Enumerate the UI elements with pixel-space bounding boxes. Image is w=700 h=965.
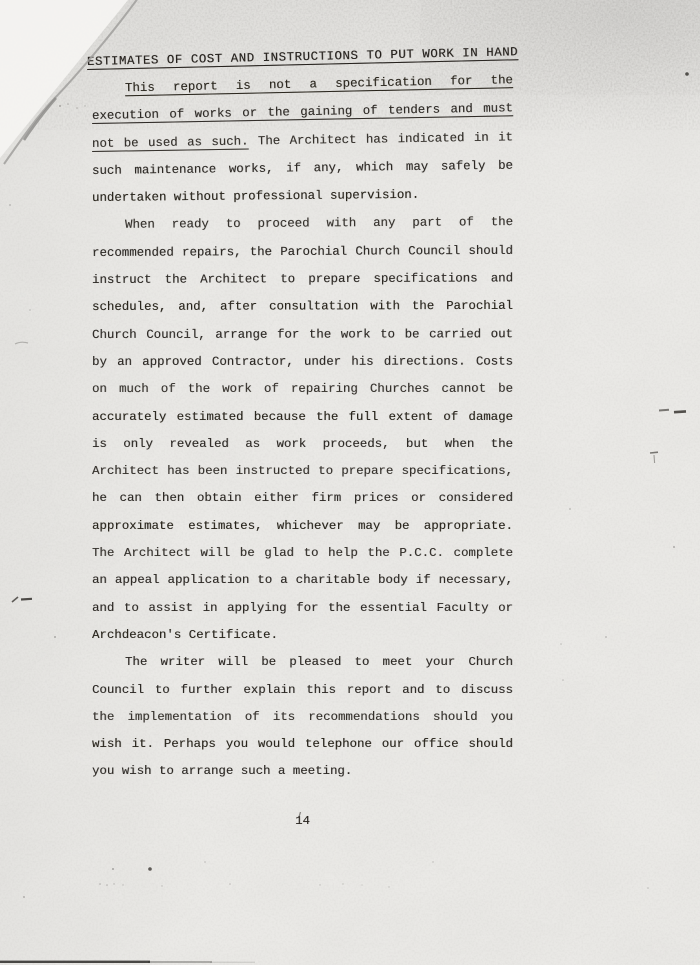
ink-speck [647,887,649,889]
text-line: such maintenance works, if any, which ma… [92,153,513,186]
text-line: an appeal application to a charitable bo… [92,567,513,594]
text-line: Architect has been instructed to prepare… [92,458,513,485]
text-line: schedules, and, after consultation with … [92,293,513,321]
document-page: ESTIMATES OF COST AND INSTRUCTIONS TO PU… [0,0,700,965]
ink-speck [319,884,320,885]
underlined-text-segment: not be used as such. [92,134,249,150]
text-segment: is only revealed as work proceeds, but w… [92,437,513,451]
text-segment: accurately estimated because the full ex… [92,410,513,424]
ink-speck [148,867,152,871]
text-segment: an appeal application to a charitable bo… [92,573,513,587]
text-segment: and to assist in applying for the essent… [92,601,513,615]
ink-speck [432,861,433,862]
ink-speck [67,103,69,105]
text-line: accurately estimated because the full ex… [92,404,513,431]
text-segment: approximate estimates, whichever may be … [92,519,513,533]
faint-pencil-mark [15,342,28,344]
crease-mark-dark [24,98,56,140]
margin-dash-mark [674,411,686,412]
document-body: This report is not a specification for t… [92,76,513,786]
bottom-edge-shadow [210,962,255,963]
bottom-edge-shadow [0,961,150,963]
ink-speck [229,883,231,885]
ink-speck [342,883,343,884]
text-segment: he can then obtain either firm prices or… [92,491,513,505]
ink-speck [122,884,123,885]
text-line: you wish to arrange such a meeting. [92,758,513,785]
ink-speck [161,885,162,886]
text-line: The writer will be pleased to meet your … [92,649,513,676]
margin-dash-mark [21,599,32,600]
underlined-text-segment: This report is not a specification for t… [125,73,513,95]
text-line: the implementation of its recommendation… [92,704,513,731]
text-segment: When ready to proceed with any part of t… [125,216,513,233]
ink-speck [59,105,61,107]
text-line: by an approved Contractor, under his dir… [92,349,513,377]
ink-speck [673,546,675,548]
ink-speck [112,868,114,870]
text-segment: wish it. Perhaps you would telephone our… [92,737,513,751]
text-line: instruct the Architect to prepare specif… [92,265,513,294]
bottom-edge-shadow [148,961,212,963]
text-segment: the implementation of its recommendation… [92,710,513,724]
text-line: When ready to proceed with any part of t… [92,210,513,240]
text-segment: The writer will be pleased to meet your … [125,655,513,669]
text-segment: schedules, and, after consultation with … [92,299,513,314]
ink-speck [29,309,31,311]
ink-speck [560,643,562,645]
text-segment: Architect has been instructed to prepare… [92,464,513,478]
text-line: approximate estimates, whichever may be … [92,513,513,540]
ink-speck [361,884,362,885]
ink-speck [204,861,206,863]
text-segment: The Architect will be glad to help the P… [92,546,513,560]
text-line: on much of the work of repairing Churche… [92,376,513,404]
ink-speck [106,884,108,886]
text-segment: Church Council, arrange for the work to … [92,327,513,342]
text-segment: you wish to arrange such a meeting. [92,764,352,778]
text-line: wish it. Perhaps you would telephone our… [92,731,513,758]
text-segment: such maintenance works, if any, which ma… [92,159,513,178]
ink-speck [569,508,571,510]
margin-check-mark [12,597,18,602]
text-segment: Council to further explain this report a… [92,683,513,697]
text-segment: undertaken without professional supervis… [92,188,419,205]
ink-speck [9,204,11,206]
ink-speck [99,883,101,885]
text-line: is only revealed as work proceeds, but w… [92,431,513,458]
text-segment: on much of the work of repairing Churche… [92,382,513,396]
margin-tick-mark [650,452,658,453]
text-segment: Archdeacon's Certificate. [92,628,278,642]
margin-tick-mark [654,455,655,463]
text-line: Archdeacon's Certificate. [92,622,513,649]
bottom-edge [0,961,255,963]
text-segment: recommended repairs, the Parochial Churc… [92,244,513,260]
ink-speck [54,636,56,638]
ink-speck [685,72,689,76]
margin-dash-mark [659,410,669,411]
text-line: recommended repairs, the Parochial Churc… [92,238,513,268]
page-number: 14 [92,808,513,835]
text-line: undertaken without professional supervis… [92,181,513,212]
ink-speck [113,883,114,884]
text-segment: instruct the Architect to prepare specif… [92,271,513,287]
text-line: The Architect will be glad to help the P… [92,540,513,567]
text-line: Council to further explain this report a… [92,677,513,704]
underlined-text-segment: execution of works or the gaining of ten… [92,102,513,124]
ink-speck [84,105,85,106]
text-line: Church Council, arrange for the work to … [92,321,513,349]
ink-speck [388,886,389,887]
text-segment: The Architect has indicated in it [248,130,513,148]
ink-speck [562,679,564,681]
text-line: he can then obtain either firm prices or… [92,485,513,512]
text-line: and to assist in applying for the essent… [92,595,513,622]
ink-speck [76,107,78,109]
ink-speck [23,896,25,898]
ink-speck [605,636,607,638]
text-segment: by an approved Contractor, under his dir… [92,355,513,369]
